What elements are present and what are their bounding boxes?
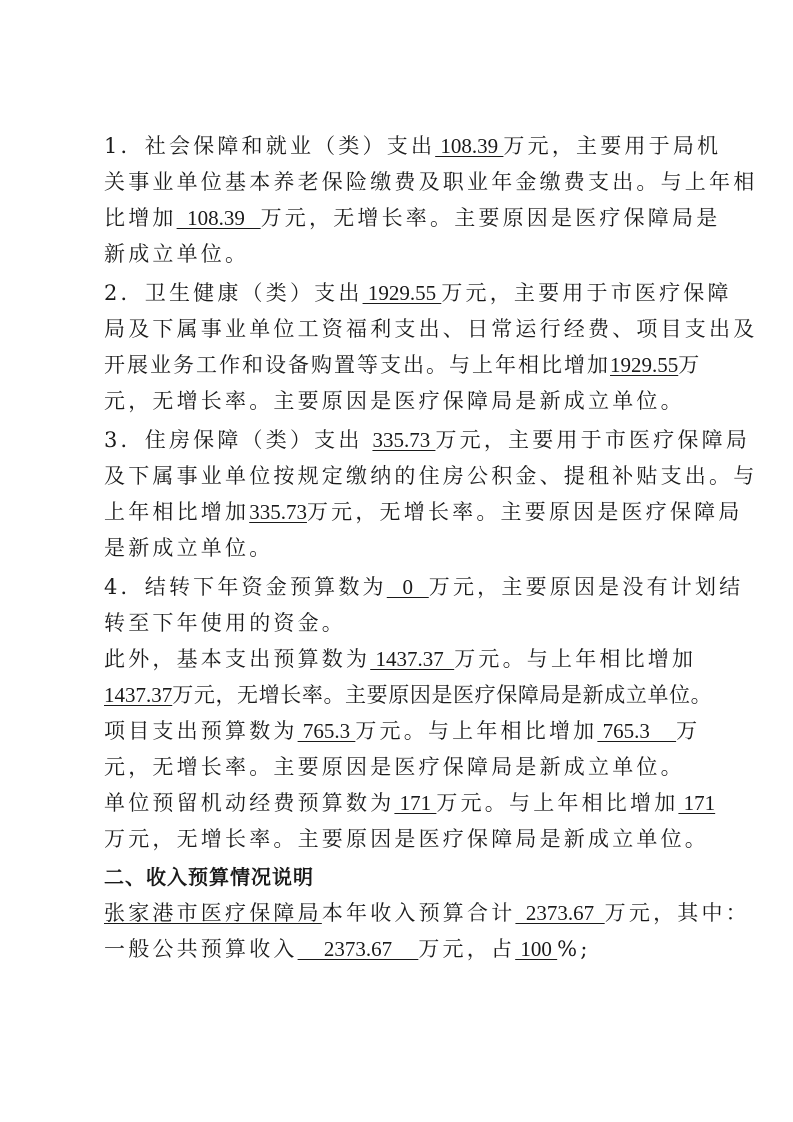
item2-line4: 元，无增长率。主要原因是医疗保障局是新成立单位。 (104, 383, 690, 419)
income-line2: 一般公共预算收入 2373.67 万元，占 100 %; (104, 931, 690, 967)
basic-amount: 1437.37 (370, 647, 454, 671)
item2-line2: 局及下属事业单位工资福利支出、日常运行经费、项目支出及 (104, 311, 690, 347)
item2-text: 万元，主要用于市医疗保障 (441, 281, 731, 305)
income-line1-mid: 本年收入预算合计 (322, 901, 516, 925)
income-percent: 100 (515, 937, 557, 961)
income-total: 2373.67 (515, 901, 604, 925)
basic-line2: 1437.37万元，无增长率。主要原因是医疗保障局是新成立单位。 (104, 677, 690, 713)
item2-line3-suffix: 万 (678, 353, 701, 377)
reserve-increase: 171 (678, 791, 715, 815)
item4-text: 万元，主要原因是没有计划结 (429, 575, 744, 599)
project-text: 万元。与上年相比增加 (355, 719, 597, 743)
item3-prefix: 3．住房保障（类）支出 (104, 428, 372, 452)
project-suffix: 万 (676, 719, 700, 743)
project-line1: 项目支出预算数为 765.3 万元。与上年相比增加 765.3 万 (104, 713, 690, 749)
project-line2: 元，无增长率。主要原因是医疗保障局是新成立单位。 (104, 749, 690, 785)
item4-line2: 转至下年使用的资金。 (104, 605, 690, 641)
basic-text: 万元。与上年相比增加 (454, 647, 696, 671)
income-line2-mid: 万元，占 (418, 937, 515, 961)
income-general: 2373.67 (298, 937, 419, 961)
item1-prefix: 1．社会保障和就业（类）支出 (104, 134, 435, 158)
item2-increase: 1929.55 (610, 353, 678, 377)
basic-increase: 1437.37 (104, 683, 172, 707)
project-amount: 765.3 (298, 719, 356, 743)
reserve-line2: 万元，无增长率。主要原因是医疗保障局是新成立单位。 (104, 821, 690, 857)
document-page: 1．社会保障和就业（类）支出 108.39 万元，主要用于局机 关事业单位基本养… (104, 128, 690, 967)
item4-line1: 4．结转下年资金预算数为 0 万元，主要原因是没有计划结 (104, 569, 690, 605)
item4-prefix: 4．结转下年资金预算数为 (104, 575, 387, 599)
item1-increase: 108.39 (177, 206, 261, 230)
item3-line3: 上年相比增加335.73万元，无增长率。主要原因是医疗保障局 (104, 494, 690, 530)
income-heading: 二、收入预算情况说明 (104, 859, 690, 895)
item3-line4: 是新成立单位。 (104, 530, 690, 566)
project-increase: 765.3 (597, 719, 676, 743)
item3-increase: 335.73 (249, 500, 307, 524)
basic-line2-suffix: 万元，无增长率。主要原因是医疗保障局是新成立单位。 (172, 683, 712, 707)
item2-line3-prefix: 开展业务工作和设备购置等支出。与上年相比增加 (104, 353, 610, 377)
item1-text: 万元，主要用于局机 (503, 134, 721, 158)
income-line1: 张家港市医疗保障局本年收入预算合计 2373.67 万元，其中： (104, 895, 690, 931)
reserve-amount: 171 (394, 791, 436, 815)
item1-line3: 比增加 108.39 万元，无增长率。主要原因是医疗保障局是 (104, 200, 690, 236)
basic-line1: 此外，基本支出预算数为 1437.37 万元。与上年相比增加 (104, 641, 690, 677)
item1-line3-suffix: 万元，无增长率。主要原因是医疗保障局是 (261, 206, 721, 230)
income-line2-prefix: 一般公共预算收入 (104, 937, 298, 961)
reserve-line1: 单位预留机动经费预算数为 171 万元。与上年相比增加 171 (104, 785, 690, 821)
income-line1-suffix: 万元，其中： (605, 901, 750, 925)
item3-line3-prefix: 上年相比增加 (104, 500, 249, 524)
item1-line2: 关事业单位基本养老保险缴费及职业年金缴费支出。与上年相 (104, 164, 690, 200)
income-line2-suffix: %; (557, 937, 590, 961)
item2-line3: 开展业务工作和设备购置等支出。与上年相比增加1929.55万 (104, 347, 690, 383)
basic-prefix: 此外，基本支出预算数为 (104, 647, 370, 671)
item2-amount: 1929.55 (363, 281, 442, 305)
item1-line3-prefix: 比增加 (104, 206, 177, 230)
item3-line3-suffix: 万元，无增长率。主要原因是医疗保障局 (307, 500, 743, 524)
item3-line1: 3．住房保障（类）支出 335.73 万元，主要用于市医疗保障局 (104, 422, 690, 458)
item3-amount: 335.73 (372, 428, 435, 452)
item1-amount: 108.39 (435, 134, 503, 158)
unit-name: 张家港市医疗保障局 (104, 901, 322, 925)
project-prefix: 项目支出预算数为 (104, 719, 298, 743)
item1-line4: 新成立单位。 (104, 236, 690, 272)
item2-line1: 2．卫生健康（类）支出 1929.55 万元，主要用于市医疗保障 (104, 275, 690, 311)
item2-prefix: 2．卫生健康（类）支出 (104, 281, 363, 305)
item3-line2: 及下属事业单位按规定缴纳的住房公积金、提租补贴支出。与 (104, 458, 690, 494)
reserve-text: 万元。与上年相比增加 (436, 791, 678, 815)
item1-line1: 1．社会保障和就业（类）支出 108.39 万元，主要用于局机 (104, 128, 690, 164)
item4-amount: 0 (387, 575, 429, 599)
reserve-prefix: 单位预留机动经费预算数为 (104, 791, 394, 815)
item3-text: 万元，主要用于市医疗保障局 (435, 428, 750, 452)
